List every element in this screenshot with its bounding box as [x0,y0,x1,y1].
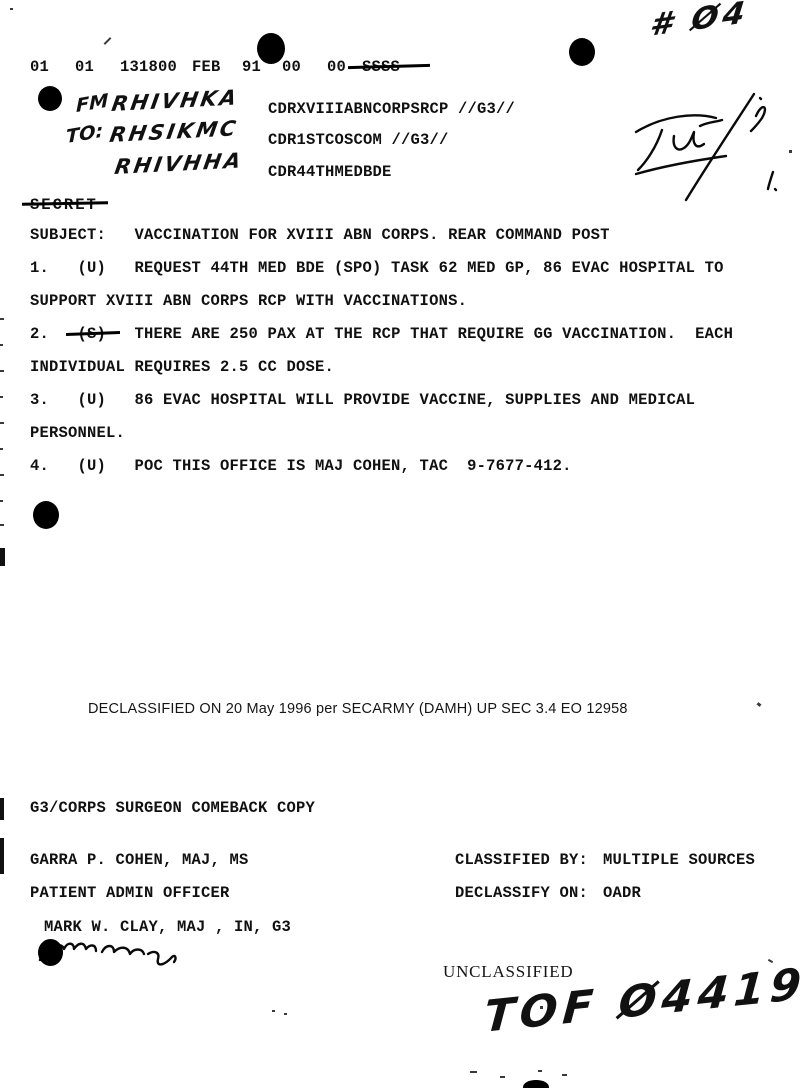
scan-speck [284,1013,287,1015]
subject-line: SUBJECT: VACCINATION FOR XVIII ABN CORPS… [30,226,610,244]
scan-speck [0,798,4,820]
paragraph-1-line-2: SUPPORT XVIII ABN CORPS RCP WITH VACCINA… [30,292,467,310]
scan-speck [0,474,4,476]
handwritten-routing-code: RHSIKMC [108,116,240,147]
paragraph-2-text: THERE ARE 250 PAX AT THE RCP THAT REQUIR… [106,325,733,343]
scan-speck [0,838,4,874]
scan-speck [0,422,4,424]
routing-typed-address: CDRXVIIIABNCORPSRCP //G3// [268,100,515,118]
scan-speck [0,548,5,566]
scan-speck [500,1076,505,1078]
scan-speck [0,524,4,526]
paragraph-2-line-1: 2. (S) THERE ARE 250 PAX AT THE RCP THAT… [30,325,733,343]
header-col: 01 [75,58,94,76]
scan-speck [470,1071,477,1073]
scan-speck [0,370,4,372]
scan-speck [272,1010,275,1012]
header-col: 01 [30,58,49,76]
paragraph-4-line: 4. (U) POC THIS OFFICE IS MAJ COHEN, TAC… [30,457,572,475]
scan-speck [538,1070,542,1072]
paragraph-1-line-1: 1. (U) REQUEST 44TH MED BDE (SPO) TASK 6… [30,259,724,277]
originator-title: PATIENT ADMIN OFFICER [30,884,230,902]
handwritten-routing-code: RHIVHKA [110,85,240,116]
scan-speck [562,1074,567,1076]
declassify-on-value: OADR [603,884,641,902]
scan-speck [757,702,762,707]
scan-speck [0,318,4,320]
scan-speck [0,448,3,450]
header-col: 00 [282,58,301,76]
scan-speck [789,150,792,153]
paragraph-3-line-1: 3. (U) 86 EVAC HOSPITAL WILL PROVIDE VAC… [30,391,695,409]
scan-speck [0,344,3,346]
comeback-copy-line: G3/CORPS SURGEON COMEBACK COPY [30,799,315,817]
scan-blob [38,939,63,966]
routing-typed-address: CDR44THMEDBDE [268,163,392,181]
scan-blob [38,86,62,111]
scan-speck [104,37,112,45]
paragraph-2-line-2: INDIVIDUAL REQUIRES 2.5 CC DOSE. [30,358,334,376]
routing-typed-address: CDR1STCOSCOM //G3// [268,131,449,149]
header-col: 00 [327,58,346,76]
scan-speck [0,500,3,502]
handwritten-to-label: TO: [66,120,103,148]
scan-speck [0,396,3,398]
scan-speck [10,8,13,10]
classified-by-value: MULTIPLE SOURCES [603,851,755,869]
handwritten-initials-scribble [628,86,800,204]
unclassified-stamp: UNCLASSIFIED [443,962,574,982]
header-col: 91 [242,58,261,76]
originator-name: GARRA P. COHEN, MAJ, MS [30,851,249,869]
handwritten-routing-code: RHIVHHA [113,148,245,179]
declassify-on-label: DECLASSIFY ON: [455,884,588,902]
classification-marking: SECRET [30,196,98,214]
handwritten-page-number: # Ø4 [648,0,751,44]
scanned-document-page: # Ø4 01 01 131800 FEB 91 00 00 SSSS FM R… [0,0,800,1088]
scan-blob [33,501,59,529]
header-col: 131800 [120,58,177,76]
paragraph-3-line-2: PERSONNEL. [30,424,125,442]
classified-by-label: CLASSIFIED BY: [455,851,588,869]
scan-speck [540,1006,543,1009]
header-col: FEB [192,58,221,76]
scan-blob [569,38,595,66]
declassified-stamp: DECLASSIFIED ON 20 May 1996 per SECARMY … [88,701,628,717]
scan-blob [257,33,285,64]
scan-blob [523,1080,549,1088]
handwritten-fm-label: FM [76,90,108,117]
approver-name: MARK W. CLAY, MAJ , IN, G3 [44,918,291,936]
